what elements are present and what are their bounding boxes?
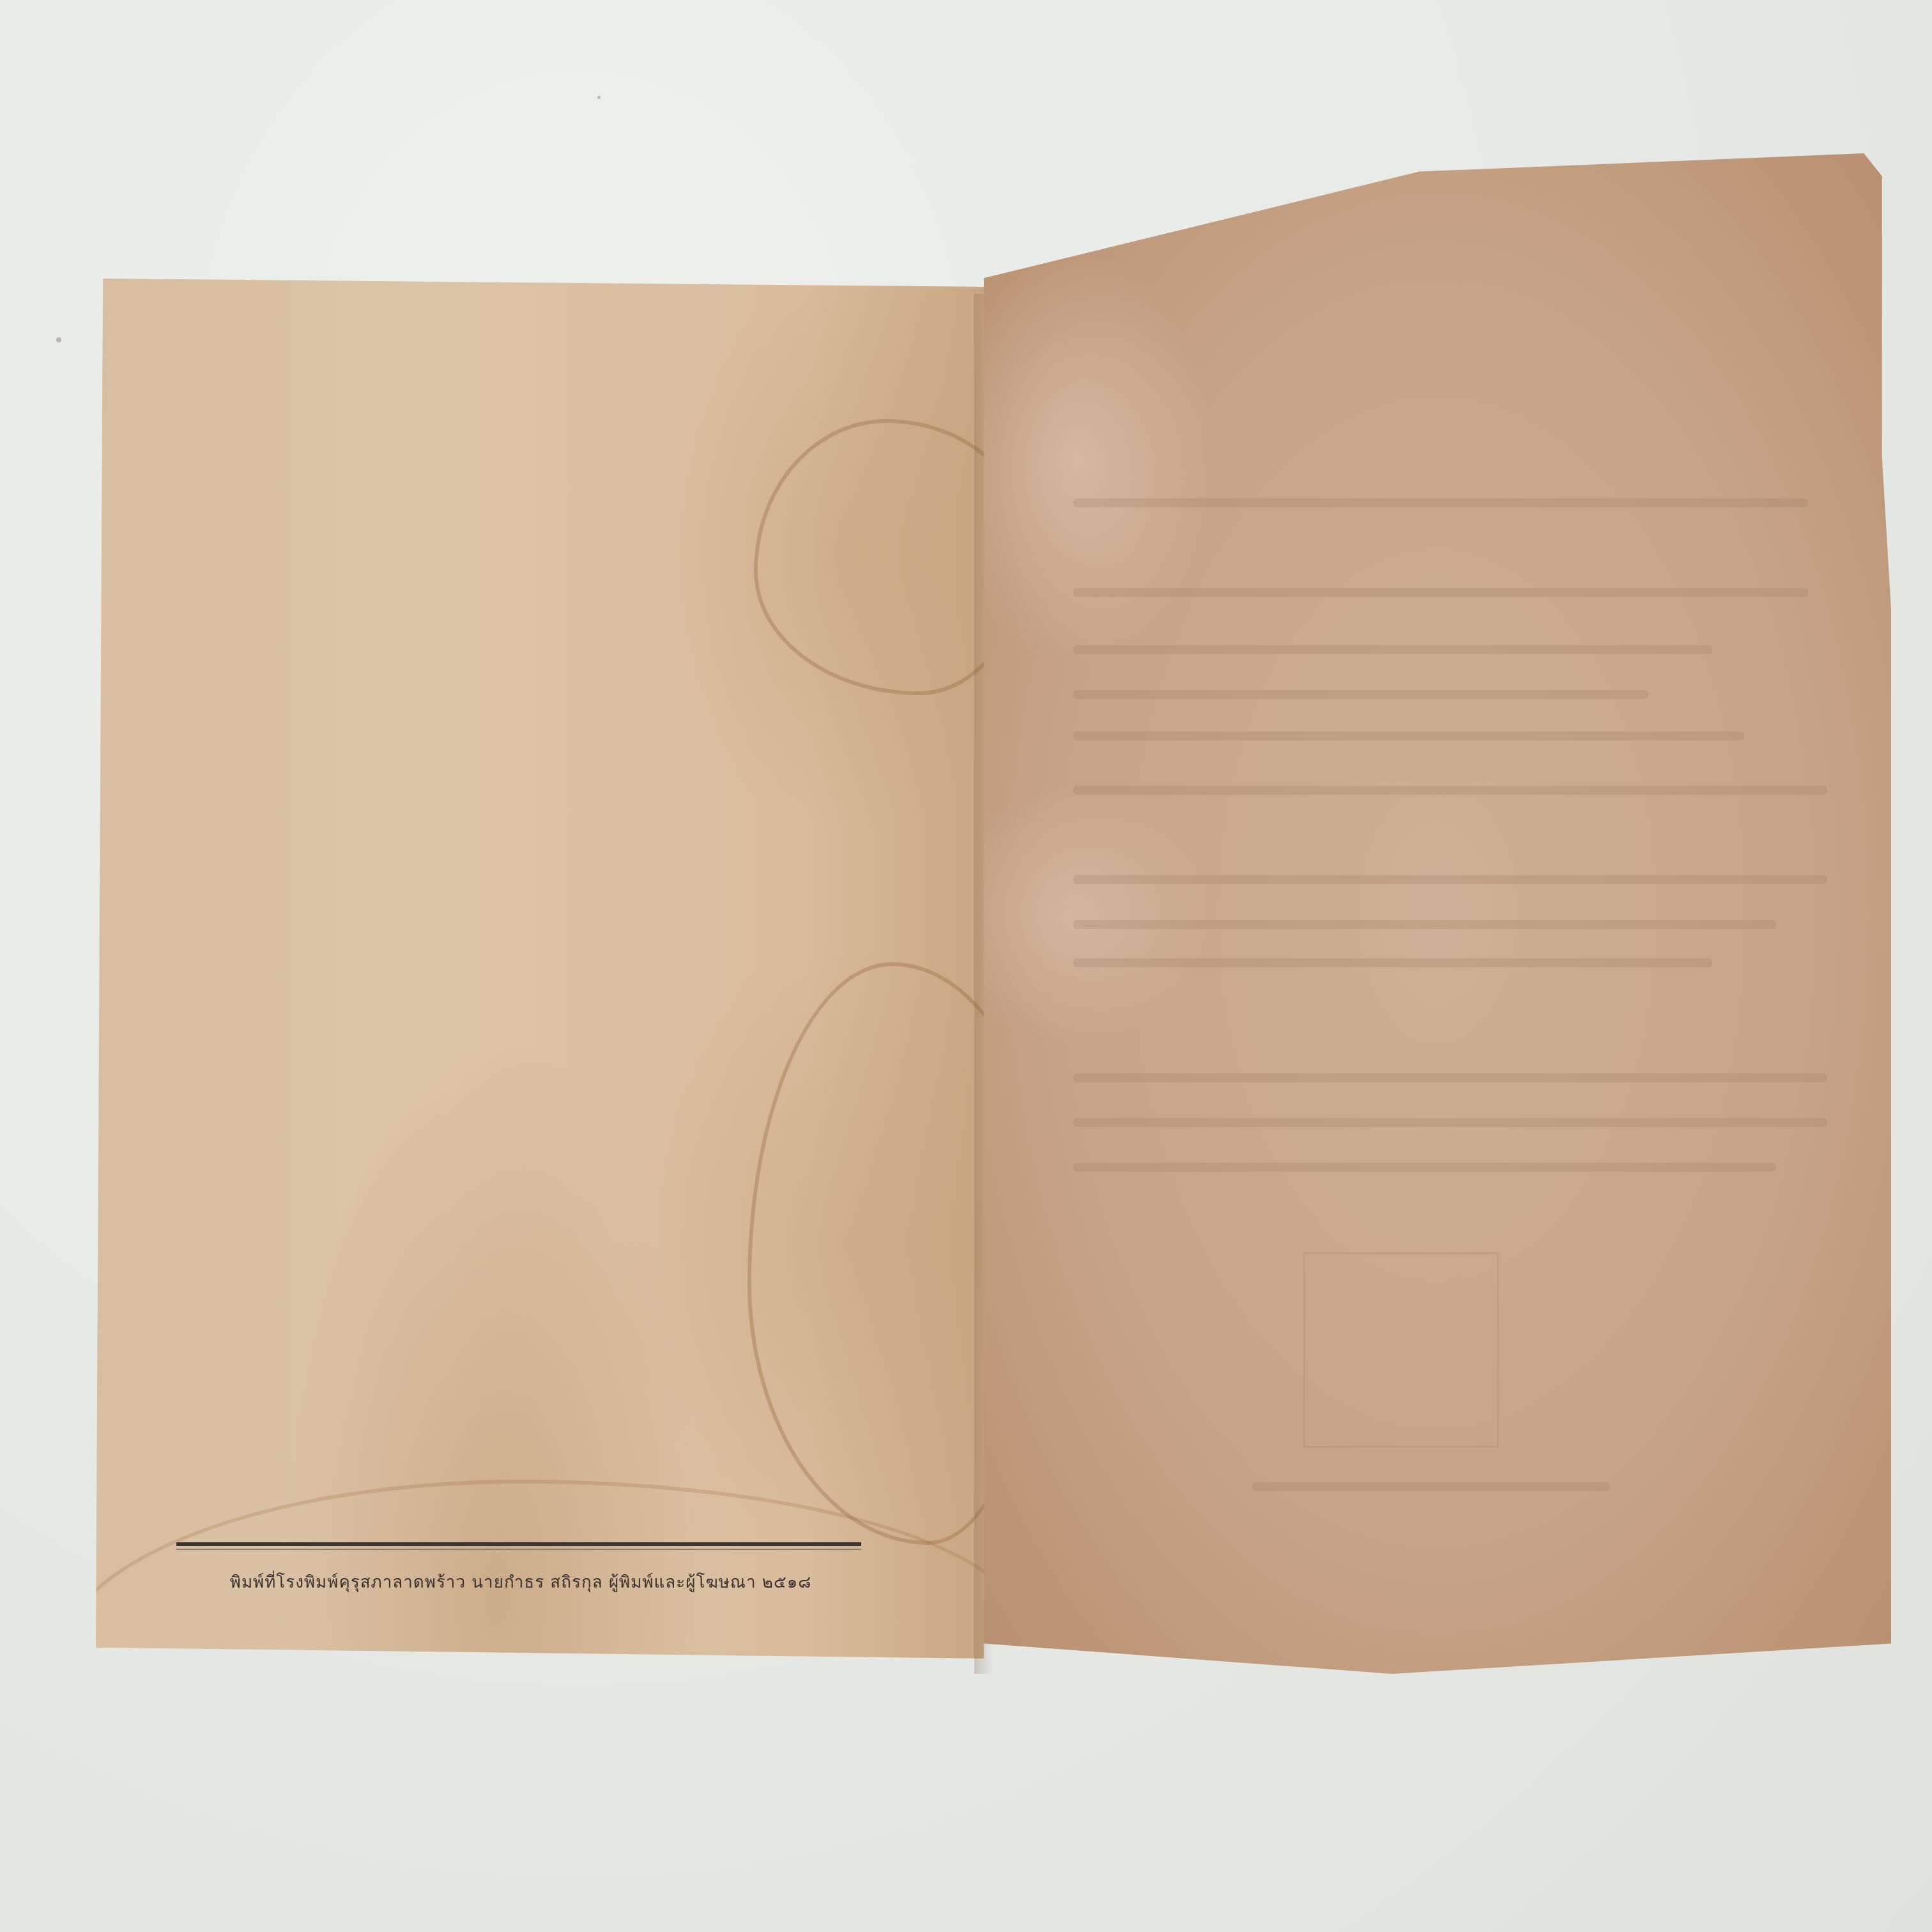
left-page: [96, 279, 984, 1659]
show-through-text: [1073, 732, 1744, 740]
right-page: [984, 153, 1891, 1674]
printer-imprint: พิมพ์ที่โรงพิมพ์คุรุสภาลาดพร้าว นายกำธร …: [179, 1569, 862, 1595]
show-through-text: [1073, 1163, 1776, 1172]
show-through-text: [1073, 645, 1712, 654]
show-through-text: [1073, 1073, 1827, 1082]
show-through-text: [1073, 786, 1827, 795]
show-through-text: [1073, 875, 1827, 884]
show-through-text: [1073, 1118, 1827, 1127]
show-through-text: [1252, 1482, 1610, 1491]
show-through-text: [1073, 958, 1712, 967]
surface-speck: [56, 337, 61, 342]
show-through-text: [1073, 498, 1808, 507]
show-through-text: [1073, 588, 1808, 597]
show-through-text: [1073, 690, 1648, 699]
surface-speck: [597, 96, 601, 99]
show-through-emblem: [1303, 1252, 1499, 1448]
footer-double-rule: [176, 1542, 861, 1550]
show-through-text: [1073, 920, 1776, 929]
